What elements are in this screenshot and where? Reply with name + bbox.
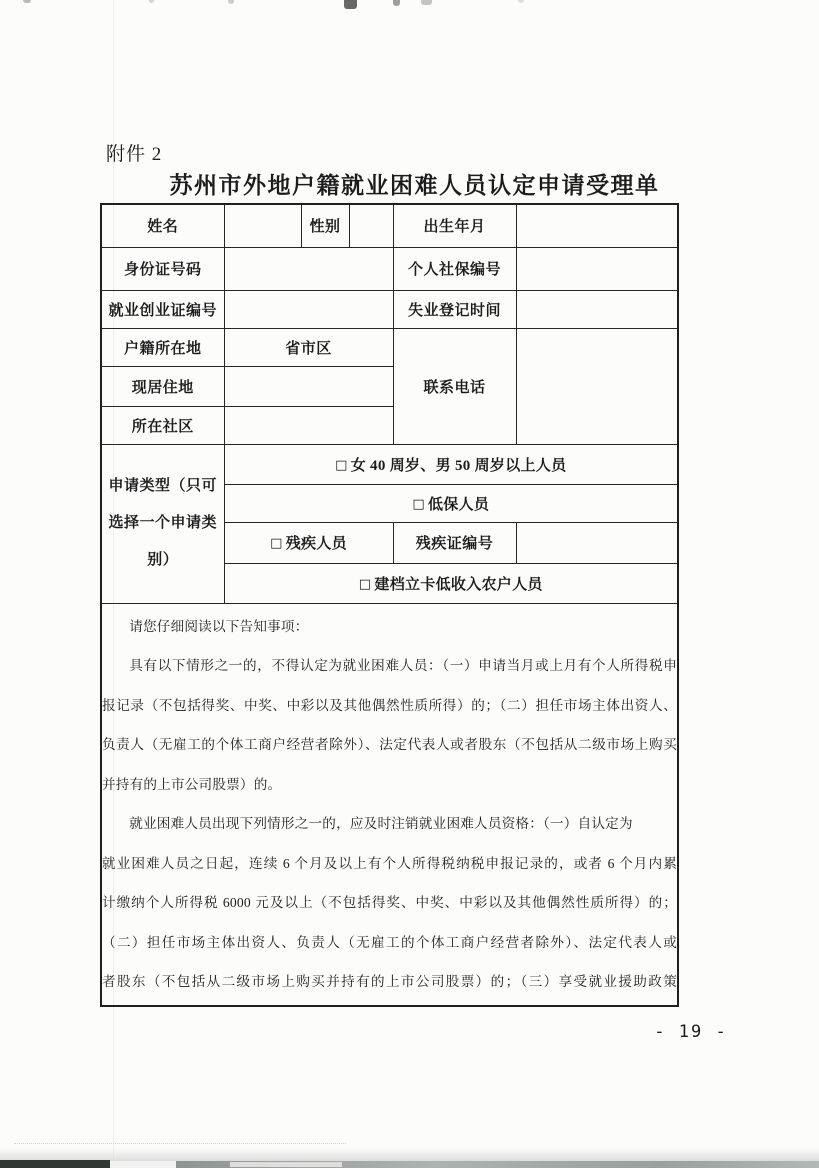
checkbox-icon: □	[412, 497, 425, 512]
table-row: 姓名 性别 出生年月	[101, 204, 678, 247]
notice-line: 就业困难人员之日起，连续 6 个月及以上有个人所得税纳税申报记录的，或者 6 个…	[102, 844, 677, 884]
scan-smudge	[393, 0, 400, 6]
page-title: 苏州市外地户籍就业困难人员认定申请受理单	[100, 167, 677, 200]
gender-value-cell	[349, 204, 393, 247]
notice-line: 请您仔细阅读以下告知事项：	[102, 607, 677, 647]
unemployment-reg-value-cell	[516, 290, 678, 328]
name-label: 姓名	[101, 204, 224, 247]
table-row: 身份证号码 个人社保编号	[101, 247, 678, 290]
apply-type-label: 申请类型（只可选择一个申请类别）	[101, 444, 224, 603]
gender-label: 性别	[301, 204, 349, 247]
apply-option-poverty: □建档立卡低收入农户人员	[224, 563, 678, 603]
scan-smudge	[518, 0, 524, 3]
hukou-region-value: 省市区	[224, 328, 393, 366]
disability-cert-value-cell	[516, 522, 678, 563]
apply-option-age-label: 女 40 周岁、男 50 周岁以上人员	[351, 458, 567, 474]
id-number-value-cell	[224, 247, 393, 290]
hukou-label: 户籍所在地	[101, 328, 224, 366]
scanned-document-page: { "page": { "attachment_label": "附件 2", …	[0, 0, 819, 1168]
scan-edge-bar	[110, 1161, 176, 1168]
current-residence-value-cell	[224, 366, 393, 406]
social-security-label: 个人社保编号	[393, 247, 516, 290]
birth-date-value-cell	[516, 204, 678, 247]
employment-cert-label: 就业创业证编号	[101, 290, 224, 328]
fold-line	[14, 1143, 346, 1144]
scan-edge-shadow	[0, 1148, 819, 1162]
notice-line: 计缴纳个人所得税 6000 元及以上（不包括得奖、中奖、中彩以及其他偶然性质所得…	[102, 883, 677, 923]
checkbox-icon: □	[359, 577, 372, 592]
table-row: 申请类型（只可选择一个申请类别） □女 40 周岁、男 50 周岁以上人员	[101, 444, 678, 484]
name-value-cell	[224, 204, 301, 247]
current-residence-label: 现居住地	[101, 366, 224, 406]
scan-smudge	[23, 0, 31, 3]
notice-line: 具有以下情形之一的，不得认定为就业困难人员：（一）申请当月或上月有个人所得税申	[102, 646, 677, 686]
table-row: 户籍所在地 省市区 联系电话	[101, 328, 678, 366]
scan-edge-bar	[230, 1162, 342, 1167]
notice-section: 请您仔细阅读以下告知事项： 具有以下情形之一的，不得认定为就业困难人员：（一）申…	[101, 603, 678, 1006]
contact-phone-label: 联系电话	[393, 328, 516, 444]
notice-line: 并持有的上市公司股票）的。	[102, 765, 677, 805]
table-row: 就业创业证编号 失业登记时间	[101, 290, 678, 328]
apply-option-poverty-label: 建档立卡低收入农户人员	[374, 577, 542, 593]
disability-cert-label: 残疾证编号	[393, 522, 516, 563]
employment-cert-value-cell	[224, 290, 393, 328]
application-form-table: 姓名 性别 出生年月 身份证号码 个人社保编号 就业创业证编号 失业登记时间 户…	[100, 203, 679, 1007]
notice-line: 者股东（不包括从二级市场上购买并持有的上市公司股票）的；（三）享受就业援助政策	[102, 962, 677, 1002]
checkbox-icon: □	[335, 458, 348, 473]
scan-edge-bar	[0, 1160, 110, 1168]
notice-line: 报记录（不包括得奖、中奖、中彩以及其他偶然性质所得）的；（二）担任市场主体出资人…	[102, 686, 677, 726]
scan-edge-bar	[176, 1161, 819, 1168]
scan-smudge	[421, 0, 432, 5]
scan-smudge	[344, 0, 357, 9]
community-value-cell	[224, 406, 393, 444]
birth-date-label: 出生年月	[393, 204, 516, 247]
apply-option-age: □女 40 周岁、男 50 周岁以上人员	[224, 444, 678, 484]
attachment-label: 附件 2	[106, 139, 162, 166]
apply-option-lowincome: □低保人员	[224, 484, 678, 522]
id-number-label: 身份证号码	[101, 247, 224, 290]
notice-line: （二）担任市场主体出资人、负责人（无雇工的个体工商户经营者除外）、法定代表人或	[102, 923, 677, 963]
notice-line: 就业困难人员出现下列情形之一的，应及时注销就业困难人员资格：（一）自认定为	[102, 804, 677, 844]
notice-line: 负责人（无雇工的个体工商户经营者除外）、法定代表人或者股东（不包括从二级市场上购…	[102, 725, 677, 765]
community-label: 所在社区	[101, 406, 224, 444]
scan-smudge	[149, 0, 154, 3]
apply-option-lowincome-label: 低保人员	[428, 497, 489, 513]
apply-option-disabled-label: 残疾人员	[286, 536, 347, 552]
checkbox-icon: □	[270, 536, 283, 551]
page-number: - 19 -	[646, 1022, 736, 1042]
scan-smudge	[228, 0, 234, 4]
table-row: 请您仔细阅读以下告知事项： 具有以下情形之一的，不得认定为就业困难人员：（一）申…	[101, 603, 678, 1006]
contact-phone-value-cell	[516, 328, 678, 444]
apply-option-disabled: □残疾人员	[224, 522, 393, 563]
social-security-value-cell	[516, 247, 678, 290]
unemployment-reg-label: 失业登记时间	[393, 290, 516, 328]
